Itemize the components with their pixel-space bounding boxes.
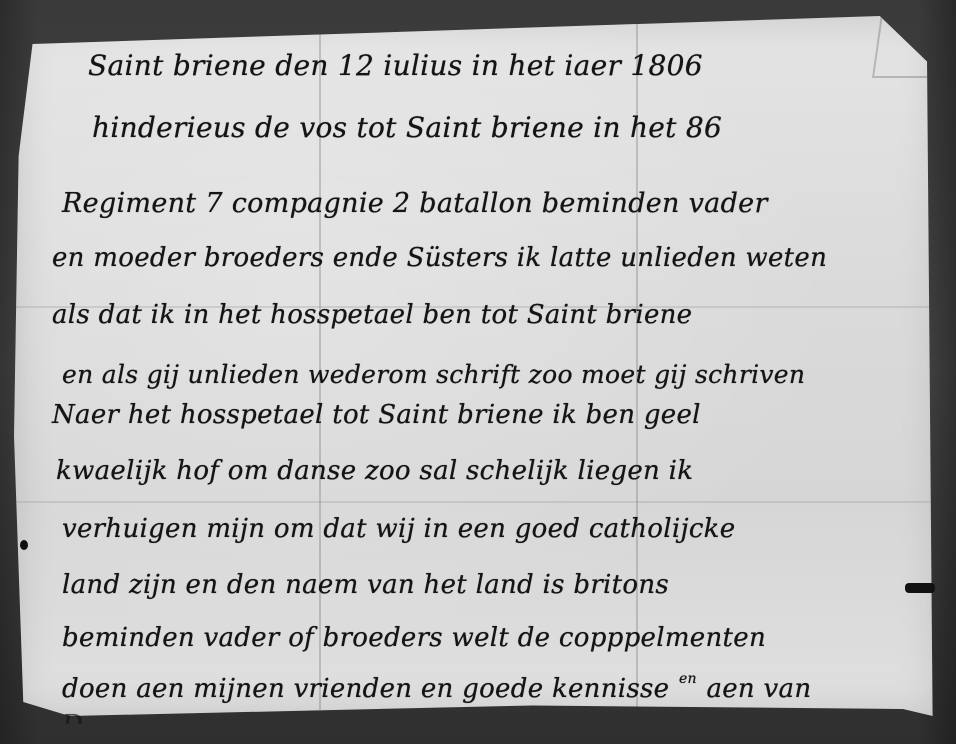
letter-line-main: doen aen mijnen vrienden en goede kennis… (62, 674, 669, 704)
letter-line-suffix: aen van (706, 674, 811, 704)
interlinear-insert: en (679, 671, 697, 687)
ink-blot (905, 583, 935, 593)
ink-blot (20, 540, 28, 550)
letter-line: beminden vader of broeders welt de coppp… (62, 625, 766, 651)
letter-line: en moeder broeders ende Süsters ik latte… (52, 245, 827, 271)
letter-line: verhuigen mijn om dat wij in een goed ca… (62, 516, 735, 542)
letter-line-sender: hinderieus de vos tot Saint briene in he… (92, 114, 722, 142)
letter-line-cut-off: D... (62, 712, 108, 738)
handwritten-text: Saint briene den 12 iulius in het iaer 1… (0, 0, 956, 744)
letter-line: kwaelijk hof om danse zoo sal schelijk l… (56, 458, 693, 484)
letter-line-regiment: Regiment 7 compagnie 2 batallon beminden… (62, 190, 768, 217)
letter-line: land zijn en den naem van het land is br… (62, 572, 669, 598)
letter-line: Naer het hosspetael tot Saint briene ik … (52, 402, 701, 428)
letter-line-date: Saint briene den 12 iulius in het iaer 1… (88, 52, 703, 80)
letter-line: en als gij unlieden wederom schrift zoo … (62, 362, 805, 387)
letter-line: doen aen mijnen vrienden en goede kennis… (62, 672, 811, 702)
letter-line: als dat ik in het hosspetael ben tot Sai… (52, 302, 692, 328)
